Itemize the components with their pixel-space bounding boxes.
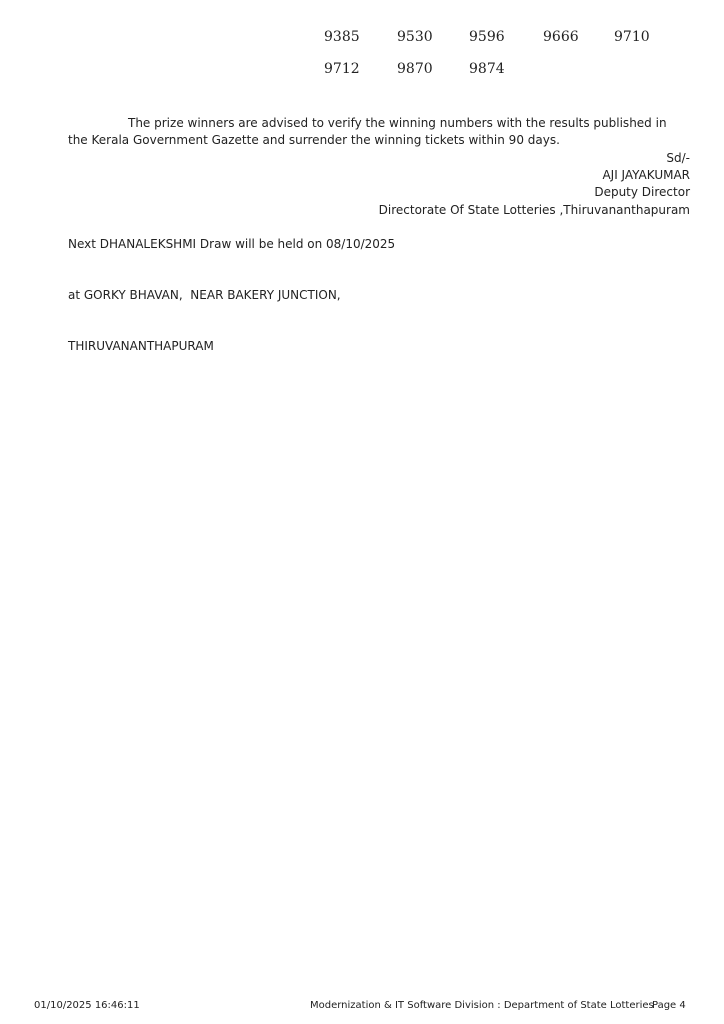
- winning-number: 9530: [397, 29, 433, 45]
- winning-number: 9870: [397, 61, 433, 77]
- winning-number: 9710: [614, 29, 650, 45]
- next-draw-line-3: THIRUVANANTHAPURAM: [68, 338, 395, 355]
- signatory-office: Directorate Of State Lotteries ,Thiruvan…: [379, 202, 690, 219]
- winning-number: 9666: [543, 29, 579, 45]
- winning-number: 9712: [324, 61, 360, 77]
- notice-text: The prize winners are advised to verify …: [68, 116, 667, 147]
- next-draw-line-1: Next DHANALEKSHMI Draw will be held on 0…: [68, 236, 395, 253]
- signatory-name: AJI JAYAKUMAR: [602, 167, 690, 184]
- signature-sd: Sd/-: [666, 150, 690, 167]
- footer-division: Modernization & IT Software Division : D…: [310, 1000, 654, 1011]
- footer-timestamp: 01/10/2025 16:46:11: [34, 1000, 140, 1011]
- winning-number: 9596: [469, 29, 505, 45]
- footer-page-number: Page 4: [652, 1000, 686, 1011]
- next-draw-line-2: at GORKY BHAVAN, NEAR BAKERY JUNCTION,: [68, 287, 395, 304]
- winning-number: 9874: [469, 61, 505, 77]
- next-draw-info: Next DHANALEKSHMI Draw will be held on 0…: [68, 202, 395, 372]
- winning-number: 9385: [324, 29, 360, 45]
- signatory-designation: Deputy Director: [594, 184, 690, 201]
- notice-paragraph: The prize winners are advised to verify …: [68, 115, 690, 149]
